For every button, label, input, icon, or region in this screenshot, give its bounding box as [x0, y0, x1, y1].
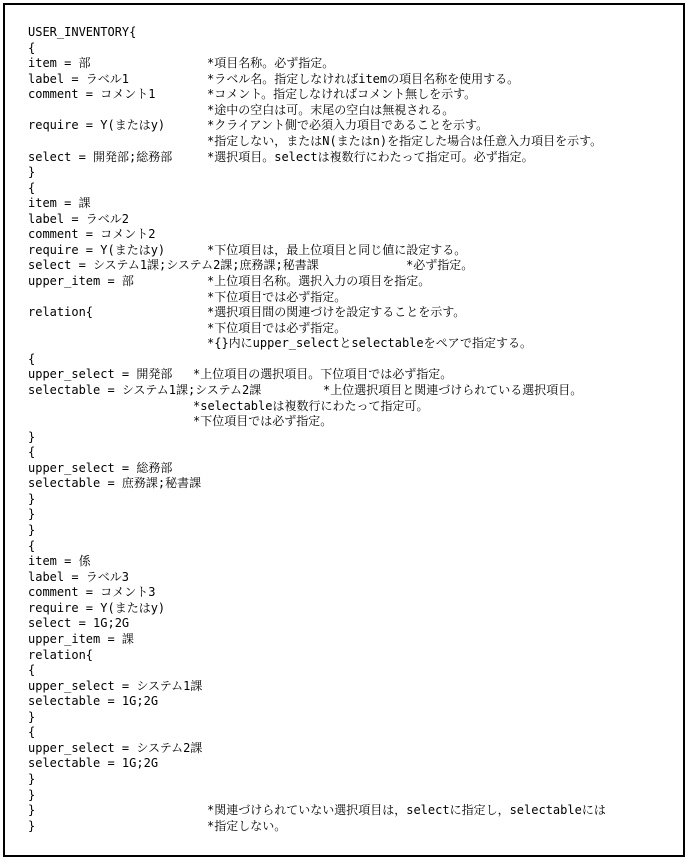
code-line: upper_select = 総務部 — [28, 461, 683, 477]
code-line: *下位項目では必ず指定。 — [28, 321, 683, 337]
comment-text: *ラベル名。指定しなければitemの項目名称を使用する。 — [207, 72, 519, 88]
code-text: } — [28, 507, 35, 523]
code-line: { — [28, 725, 683, 741]
code-line: comment = コメント2 — [28, 227, 683, 243]
code-line: *selectableは複数行にわたって指定可。 — [28, 399, 683, 415]
comment-text: *関連づけられていない選択項目は，selectに指定し，selectableには — [207, 803, 606, 819]
code-text: upper_select = システム2課 — [28, 741, 202, 757]
code-line: } — [28, 492, 683, 508]
code-text: require = Y(またはy) — [28, 601, 165, 617]
code-line: upper_select = 開発部*上位項目の選択項目。下位項目では必ず指定。 — [28, 367, 683, 383]
code-line: item = 部*項目名称。必ず指定。 — [28, 56, 683, 72]
code-line: select = システム1課;システム2課;庶務課;秘書課*必ず指定。 — [28, 258, 683, 274]
code-line: } — [28, 507, 683, 523]
code-text: require = Y(またはy) — [28, 243, 165, 259]
code-text: } — [28, 710, 35, 726]
code-text: { — [28, 539, 35, 555]
comment-text: *選択項目間の関連づけを設定することを示す。 — [207, 305, 465, 321]
code-text: selectable = 1G;2G — [28, 694, 158, 710]
code-line: *途中の空白は可。末尾の空白は無視される。 — [28, 103, 683, 119]
code-text: USER_INVENTORY{ — [28, 25, 136, 41]
comment-text: *クライアント側で必須入力項目であることを示す。 — [207, 118, 488, 134]
code-text: { — [28, 725, 35, 741]
comment-text: *コメント。指定しなければコメント無しを示す。 — [207, 87, 476, 103]
code-line: *下位項目では必ず指定。 — [28, 414, 683, 430]
code-line: } — [28, 523, 683, 539]
code-line: } — [28, 430, 683, 446]
code-text: upper_select = システム1課 — [28, 679, 202, 695]
code-text: } — [28, 430, 35, 446]
code-line: select = 開発部;総務部*選択項目。selectは複数行にわたって指定可… — [28, 150, 683, 166]
code-text: } — [28, 788, 35, 804]
code-line: USER_INVENTORY{ — [28, 25, 683, 41]
code-text: selectable = 庶務課;秘書課 — [28, 476, 201, 492]
code-line: { — [28, 539, 683, 555]
code-line: { — [28, 41, 683, 57]
code-line: require = Y(またはy)*クライアント側で必須入力項目であることを示す… — [28, 118, 683, 134]
comment-text: *必ず指定。 — [406, 258, 473, 274]
comment-text: *項目名称。必ず指定。 — [207, 56, 334, 72]
comment-text: *{}内にupper_selectとselectableをペアで指定する。 — [207, 336, 532, 352]
code-line: *{}内にupper_selectとselectableをペアで指定する。 — [28, 336, 683, 352]
code-text: relation{ — [28, 648, 93, 664]
code-line: relation{ — [28, 648, 683, 664]
code-line: *下位項目では必ず指定。 — [28, 290, 683, 306]
code-text: comment = コメント2 — [28, 227, 155, 243]
comment-text: *下位項目では必ず指定。 — [193, 414, 332, 430]
comment-text: *下位項目では必ず指定。 — [207, 321, 346, 337]
code-text: item = 部 — [28, 56, 91, 72]
code-text: item = 課 — [28, 196, 91, 212]
code-text: { — [28, 445, 35, 461]
code-text: select = システム1課;システム2課;庶務課;秘書課 — [28, 258, 319, 274]
code-line: select = 1G;2G — [28, 616, 683, 632]
code-line: comment = コメント3 — [28, 585, 683, 601]
code-text: comment = コメント3 — [28, 585, 155, 601]
code-text: select = 1G;2G — [28, 616, 129, 632]
code-line: upper_select = システム2課 — [28, 741, 683, 757]
comment-text: *下位項目は，最上位項目と同じ値に設定する。 — [207, 243, 466, 259]
code-text: comment = コメント1 — [28, 87, 155, 103]
code-line: label = ラベル3 — [28, 570, 683, 586]
code-line: } — [28, 165, 683, 181]
comment-text: *選択項目。selectは複数行にわたって指定可。必ず指定。 — [207, 150, 534, 166]
code-text: } — [28, 523, 35, 539]
code-line: require = Y(またはy) — [28, 601, 683, 617]
code-text: label = ラベル2 — [28, 212, 129, 228]
code-line: selectable = 庶務課;秘書課 — [28, 476, 683, 492]
code-text: relation{ — [28, 305, 93, 321]
comment-text: *下位項目では必ず指定。 — [207, 290, 346, 306]
code-line: { — [28, 663, 683, 679]
code-line: }*関連づけられていない選択項目は，selectに指定し，selectableに… — [28, 803, 683, 819]
code-text: select = 開発部;総務部 — [28, 150, 172, 166]
comment-text: *上位項目名称。選択入力の項目を指定。 — [207, 274, 430, 290]
comment-text: *指定しない，またはN(またはn)を指定した場合は任意入力項目を示す。 — [207, 134, 602, 150]
code-text: { — [28, 41, 35, 57]
code-text: selectable = 1G;2G — [28, 756, 158, 772]
code-line: *指定しない，またはN(またはn)を指定した場合は任意入力項目を示す。 — [28, 134, 683, 150]
code-line: upper_item = 課 — [28, 632, 683, 648]
comment-text: *指定しない。 — [207, 819, 286, 835]
code-text: upper_select = 総務部 — [28, 461, 172, 477]
document-page: USER_INVENTORY{{item = 部*項目名称。必ず指定。label… — [0, 0, 688, 864]
code-text: selectable = システム1課;システム2課 — [28, 383, 261, 399]
code-line: label = ラベル2 — [28, 212, 683, 228]
code-text: upper_item = 部 — [28, 274, 134, 290]
code-line: } — [28, 788, 683, 804]
comment-text: *途中の空白は可。末尾の空白は無視される。 — [207, 103, 454, 119]
code-line: } — [28, 710, 683, 726]
code-line: require = Y(またはy)*下位項目は，最上位項目と同じ値に設定する。 — [28, 243, 683, 259]
code-text: label = ラベル1 — [28, 72, 129, 88]
code-line: upper_select = システム1課 — [28, 679, 683, 695]
comment-text: *selectableは複数行にわたって指定可。 — [193, 399, 428, 415]
code-line: label = ラベル1*ラベル名。指定しなければitemの項目名称を使用する。 — [28, 72, 683, 88]
code-line: { — [28, 352, 683, 368]
code-text: item = 係 — [28, 554, 91, 570]
code-line: selectable = 1G;2G — [28, 694, 683, 710]
code-line: item = 課 — [28, 196, 683, 212]
code-line: { — [28, 445, 683, 461]
code-text: } — [28, 492, 35, 508]
code-text: label = ラベル3 — [28, 570, 129, 586]
code-text: } — [28, 819, 35, 835]
code-line: selectable = 1G;2G — [28, 756, 683, 772]
code-text: require = Y(またはy) — [28, 118, 165, 134]
comment-text: *上位選択項目と関連づけられている選択項目。 — [323, 383, 582, 399]
code-line: selectable = システム1課;システム2課*上位選択項目と関連づけられ… — [28, 383, 683, 399]
code-line: } — [28, 772, 683, 788]
code-text: } — [28, 803, 35, 819]
code-text: { — [28, 352, 35, 368]
code-line: relation{*選択項目間の関連づけを設定することを示す。 — [28, 305, 683, 321]
code-text: } — [28, 772, 35, 788]
code-text: { — [28, 663, 35, 679]
code-text: upper_select = 開発部 — [28, 367, 172, 383]
code-line: upper_item = 部*上位項目名称。選択入力の項目を指定。 — [28, 274, 683, 290]
code-line: comment = コメント1*コメント。指定しなければコメント無しを示す。 — [28, 87, 683, 103]
code-text: { — [28, 181, 35, 197]
code-line: }*指定しない。 — [28, 819, 683, 835]
code-text: upper_item = 課 — [28, 632, 134, 648]
comment-text: *上位項目の選択項目。下位項目では必ず指定。 — [193, 367, 452, 383]
code-text: } — [28, 165, 35, 181]
code-listing: USER_INVENTORY{{item = 部*項目名称。必ず指定。label… — [28, 25, 683, 834]
code-line: item = 係 — [28, 554, 683, 570]
code-line: { — [28, 181, 683, 197]
